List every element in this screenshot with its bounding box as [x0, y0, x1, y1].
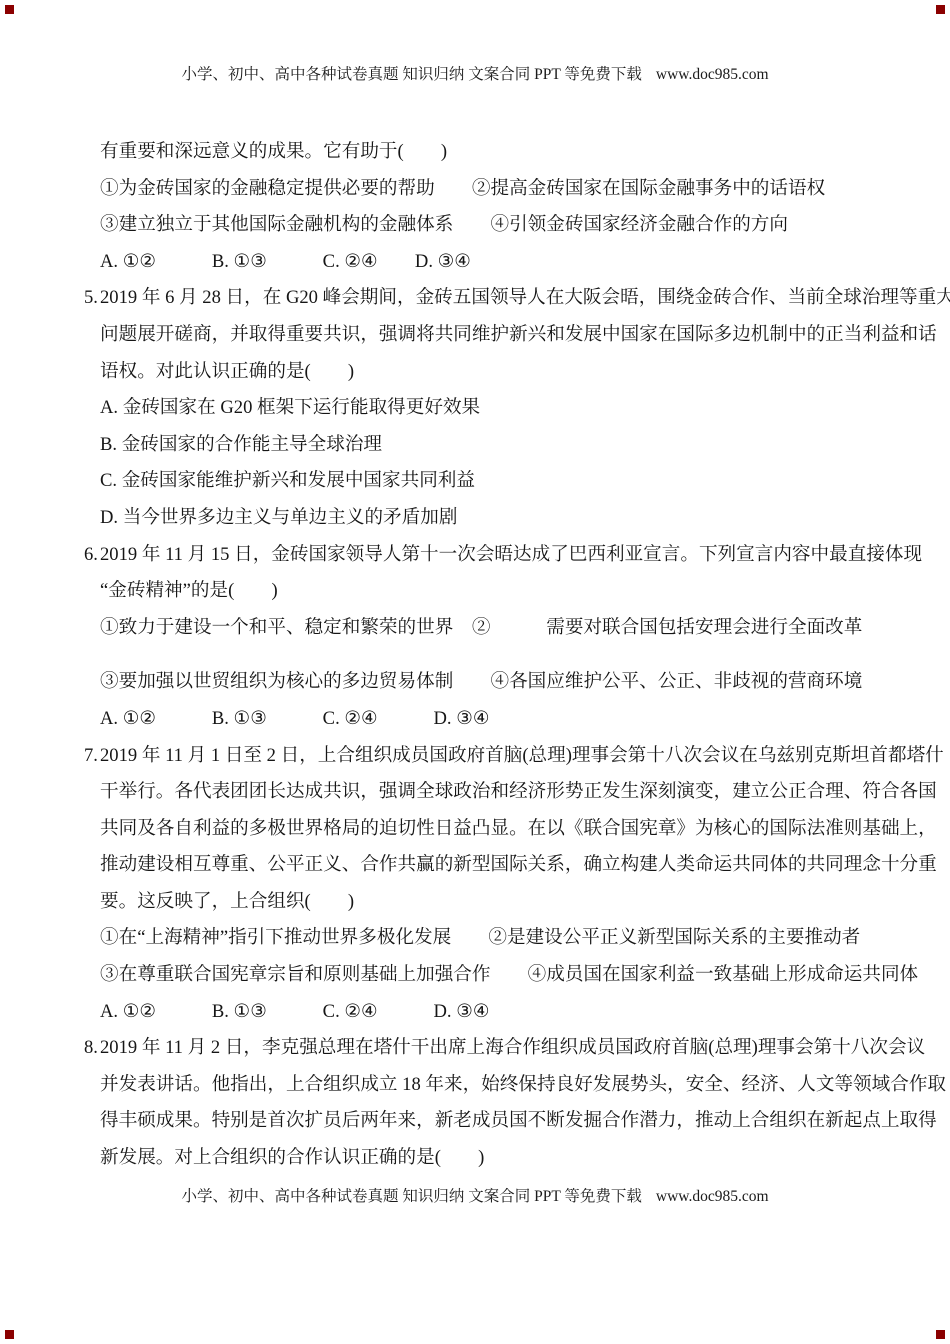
line-text: 2019 年 6 月 28 日，在 G20 峰会期间，金砖五国领导人在大阪会晤，… [100, 287, 950, 308]
page-header: 小学、初中、高中各种试卷真题 知识归纳 文案合同 PPT 等免费下载www.do… [0, 64, 950, 86]
line-text: 2019 年 11 月 1 日至 2 日，上合组织成员国政府首脑(总理)理事会第… [100, 745, 944, 766]
header-site-slogan: 小学、初中、高中各种试卷真题 知识归纳 文案合同 PPT 等免费下载 [181, 66, 641, 83]
line-text: B. 金砖国家的合作能主导全球治理 [100, 434, 382, 455]
line-text: 新发展。对上合组织的合作认识正确的是( ) [100, 1147, 484, 1168]
option-line: D. 当今世界多边主义与单边主义的矛盾加剧 [0, 500, 950, 537]
line-text: C. 金砖国家能维护新兴和发展中国家共同利益 [100, 470, 475, 491]
line-text: 干举行。各代表团团长达成共识，强调全球政治和经济形势正发生深刻演变，建立公正合理… [100, 781, 937, 802]
line-text: 推动建设相互尊重、公平正义、合作共赢的新型国际关系，确立构建人类命运共同体的共同… [100, 854, 937, 875]
statement-line: ①为金砖国家的金融稳定提供必要的帮助 ②提高金砖国家在国际金融事务中的话语权 [0, 171, 950, 208]
answer-choices-line: A. ①② B. ①③ C. ②④ D. ③④ [0, 701, 950, 738]
line-text: A. ①② B. ①③ C. ②④ D. ③④ [100, 1001, 490, 1022]
statement-line: ③建立独立于其他国际金融机构的金融体系 ④引领金砖国家经济金融合作的方向 [0, 207, 950, 244]
question-text-line: 得丰硕成果。特别是首次扩员后两年来，新老成员国不断发掘合作潜力，推动上合组织在新… [0, 1103, 950, 1140]
question-line: 5.2019 年 6 月 28 日，在 G20 峰会期间，金砖五国领导人在大阪会… [0, 280, 950, 317]
line-text: 要。这反映了，上合组织( ) [100, 891, 354, 912]
line-text: ①致力于建设一个和平、稳定和繁荣的世界 ② 需要对联合国包括安理会进行全面改革 [100, 617, 862, 638]
question-text-line: 有重要和深远意义的成果。它有助于( ) [0, 134, 950, 171]
question-text-line: 共同及各自利益的多极世界格局的迫切性日益凸显。在以《联合国宪章》为核心的国际法准… [0, 811, 950, 848]
question-line: 6.2019 年 11 月 15 日，金砖国家领导人第十一次会晤达成了巴西利亚宣… [0, 537, 950, 574]
document-body: 有重要和深远意义的成果。它有助于( )①为金砖国家的金融稳定提供必要的帮助 ②提… [0, 134, 950, 1177]
corner-mark-bottom-left [5, 1330, 14, 1339]
line-text: A. 金砖国家在 G20 框架下运行能取得更好效果 [100, 397, 480, 418]
question-text-line: “金砖精神”的是( ) [0, 573, 950, 610]
question-text-line: 要。这反映了，上合组织( ) [0, 884, 950, 921]
footer-site-slogan: 小学、初中、高中各种试卷真题 知识归纳 文案合同 PPT 等免费下载 [181, 1188, 641, 1205]
header-site-url: www.doc985.com [656, 66, 769, 83]
question-text-line: 干举行。各代表团团长达成共识，强调全球政治和经济形势正发生深刻演变，建立公正合理… [0, 774, 950, 811]
line-text: 得丰硕成果。特别是首次扩员后两年来，新老成员国不断发掘合作潜力，推动上合组织在新… [100, 1110, 937, 1131]
line-text: ①在“上海精神”指引下推动世界多极化发展 ②是建设公平正义新型国际关系的主要推动… [100, 927, 860, 948]
option-line: C. 金砖国家能维护新兴和发展中国家共同利益 [0, 463, 950, 500]
line-text: 有重要和深远意义的成果。它有助于( ) [100, 141, 447, 162]
question-number: 6. [84, 537, 100, 574]
page-footer: 小学、初中、高中各种试卷真题 知识归纳 文案合同 PPT 等免费下载www.do… [0, 1186, 950, 1208]
line-text: 并发表讲话。他指出，上合组织成立 18 年来，始终保持良好发展势头，安全、经济、… [100, 1074, 946, 1095]
line-text: 问题展开磋商，并取得重要共识，强调将共同维护新兴和发展中国家在国际多边机制中的正… [100, 324, 937, 345]
question-number: 7. [84, 738, 100, 775]
line-text: 2019 年 11 月 15 日，金砖国家领导人第十一次会晤达成了巴西利亚宣言。… [100, 544, 922, 565]
line-text: ③要加强以世贸组织为核心的多边贸易体制 ④各国应维护公平、公正、非歧视的营商环境 [100, 671, 862, 692]
question-text-line: 推动建设相互尊重、公平正义、合作共赢的新型国际关系，确立构建人类命运共同体的共同… [0, 847, 950, 884]
question-line: 7.2019 年 11 月 1 日至 2 日，上合组织成员国政府首脑(总理)理事… [0, 738, 950, 775]
question-text-line: 新发展。对上合组织的合作认识正确的是( ) [0, 1140, 950, 1177]
exam-page: 小学、初中、高中各种试卷真题 知识归纳 文案合同 PPT 等免费下载www.do… [0, 0, 950, 1344]
line-text: 语权。对此认识正确的是( ) [100, 361, 354, 382]
statement-line: ③要加强以世贸组织为核心的多边贸易体制 ④各国应维护公平、公正、非歧视的营商环境 [0, 664, 950, 701]
corner-mark-top-left [5, 5, 14, 14]
statement-line: ③在尊重联合国宪章宗旨和原则基础上加强合作 ④成员国在国家利益一致基础上形成命运… [0, 957, 950, 994]
question-number: 8. [84, 1030, 100, 1067]
line-text: 2019 年 11 月 2 日，李克强总理在塔什干出席上海合作组织成员国政府首脑… [100, 1037, 925, 1058]
statement-line: ①致力于建设一个和平、稳定和繁荣的世界 ② 需要对联合国包括安理会进行全面改革 [0, 610, 950, 647]
footer-site-url: www.doc985.com [656, 1188, 769, 1205]
question-number: 5. [84, 280, 100, 317]
line-text: 共同及各自利益的多极世界格局的迫切性日益凸显。在以《联合国宪章》为核心的国际法准… [100, 818, 937, 839]
statement-line: ①在“上海精神”指引下推动世界多极化发展 ②是建设公平正义新型国际关系的主要推动… [0, 920, 950, 957]
line-text: ③建立独立于其他国际金融机构的金融体系 ④引领金砖国家经济金融合作的方向 [100, 214, 788, 235]
line-text: ③在尊重联合国宪章宗旨和原则基础上加强合作 ④成员国在国家利益一致基础上形成命运… [100, 964, 918, 985]
answer-choices-line: A. ①② B. ①③ C. ②④ D. ③④ [0, 244, 950, 281]
corner-mark-top-right [936, 5, 945, 14]
answer-choices-line: A. ①② B. ①③ C. ②④ D. ③④ [0, 994, 950, 1031]
question-line: 8.2019 年 11 月 2 日，李克强总理在塔什干出席上海合作组织成员国政府… [0, 1030, 950, 1067]
line-text: D. 当今世界多边主义与单边主义的矛盾加剧 [100, 507, 457, 528]
option-line: A. 金砖国家在 G20 框架下运行能取得更好效果 [0, 390, 950, 427]
line-text: A. ①② B. ①③ C. ②④ D. ③④ [100, 251, 471, 272]
question-text-line: 并发表讲话。他指出，上合组织成立 18 年来，始终保持良好发展势头，安全、经济、… [0, 1067, 950, 1104]
line-text: A. ①② B. ①③ C. ②④ D. ③④ [100, 708, 490, 729]
line-text: “金砖精神”的是( ) [100, 580, 278, 601]
question-text-line: 语权。对此认识正确的是( ) [0, 354, 950, 391]
corner-mark-bottom-right [936, 1330, 945, 1339]
question-text-line: 问题展开磋商，并取得重要共识，强调将共同维护新兴和发展中国家在国际多边机制中的正… [0, 317, 950, 354]
option-line: B. 金砖国家的合作能主导全球治理 [0, 427, 950, 464]
line-text: ①为金砖国家的金融稳定提供必要的帮助 ②提高金砖国家在国际金融事务中的话语权 [100, 178, 825, 199]
